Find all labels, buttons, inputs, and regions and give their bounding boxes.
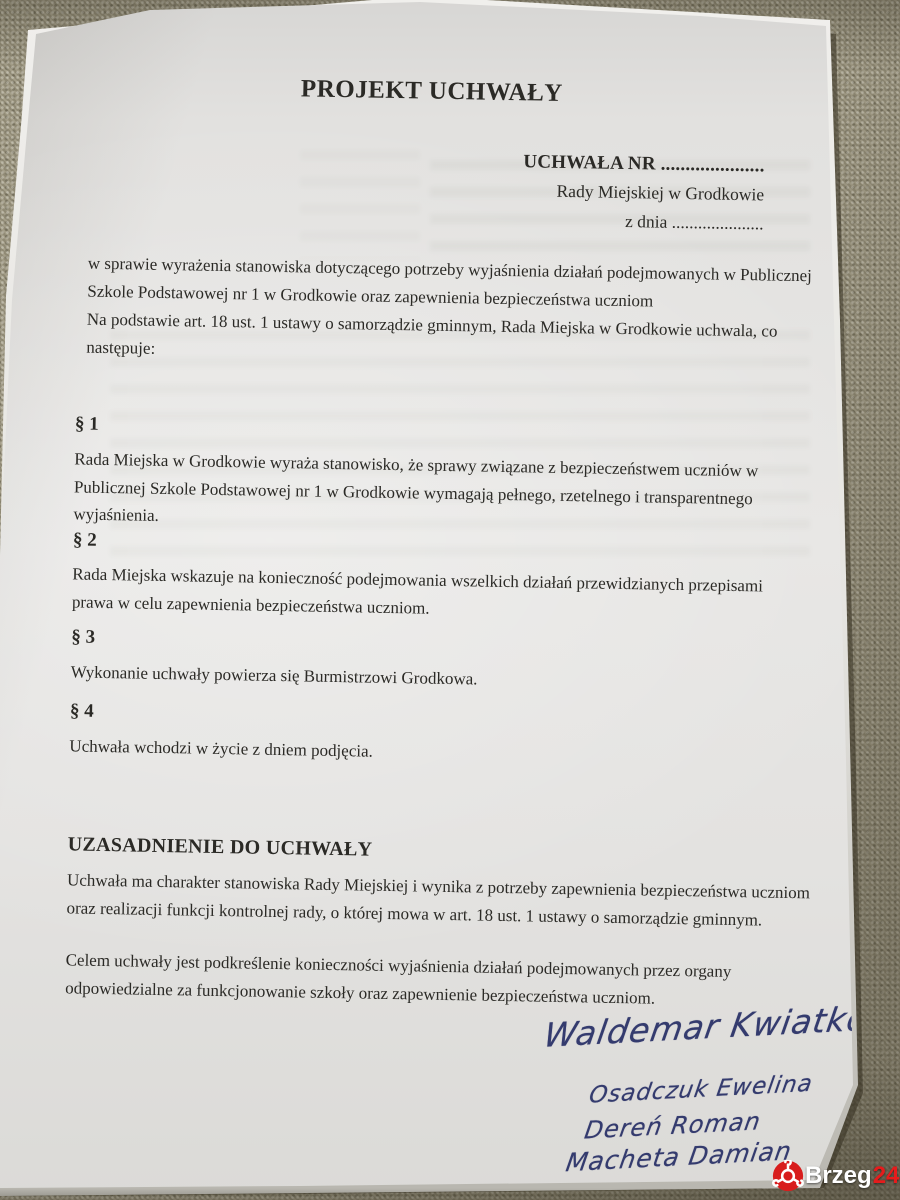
justification-paragraph-2: Celem uchwały jest podkreślenie konieczn…: [65, 946, 834, 1014]
council-name-line: Rady Miejskiej w Grodkowie: [556, 181, 764, 205]
resolution-number-line: UCHWAŁA NR .....................: [523, 151, 765, 176]
watermark-brand-number: 24: [873, 1162, 900, 1190]
justification-heading: UZASADNIENIE DO UCHWAŁY: [67, 833, 372, 861]
section-1-body: Rada Miejska w Grodkowie wyraża stanowis…: [73, 445, 774, 540]
paper-sheet: PROJEKT UCHWAŁY UCHWAŁA NR .............…: [0, 0, 900, 1200]
photo-of-document: PROJEKT UCHWAŁY UCHWAŁA NR .............…: [0, 0, 900, 1200]
section-4-heading: § 4: [70, 700, 94, 722]
section-2-heading: § 2: [73, 529, 97, 551]
section-3-heading: § 3: [71, 626, 95, 648]
signature-handwriting: Osadczuk Ewelina: [587, 1071, 815, 1109]
watermark-brand-prefix: Brzeg: [805, 1162, 872, 1190]
document-title: PROJEKT UCHWAŁY: [9, 70, 855, 113]
resolution-header: UCHWAŁA NR ..................... Rady Mi…: [451, 146, 764, 238]
document-content: PROJEKT UCHWAŁY UCHWAŁA NR .............…: [0, 0, 900, 1200]
justification-paragraph-1: Uchwała ma charakter stanowiska Rady Mie…: [66, 866, 825, 934]
section-3-body: Wykonanie uchwały powierza się Burmistrz…: [70, 658, 782, 698]
section-1-heading: § 1: [75, 413, 99, 435]
section-2-body: Rada Miejska wskazuje na konieczność pod…: [72, 560, 785, 627]
legal-basis-paragraph: Na podstawie art. 18 ust. 1 ustawy o sam…: [86, 306, 822, 374]
brzeg24-watermark: Brzeg24.pl: [772, 1160, 900, 1192]
section-4-body: Uchwała wchodzi w życie z dniem podjęcia…: [69, 732, 781, 772]
resolution-date-line: z dnia .....................: [625, 211, 764, 233]
brzeg24-logo-icon: [772, 1160, 804, 1192]
